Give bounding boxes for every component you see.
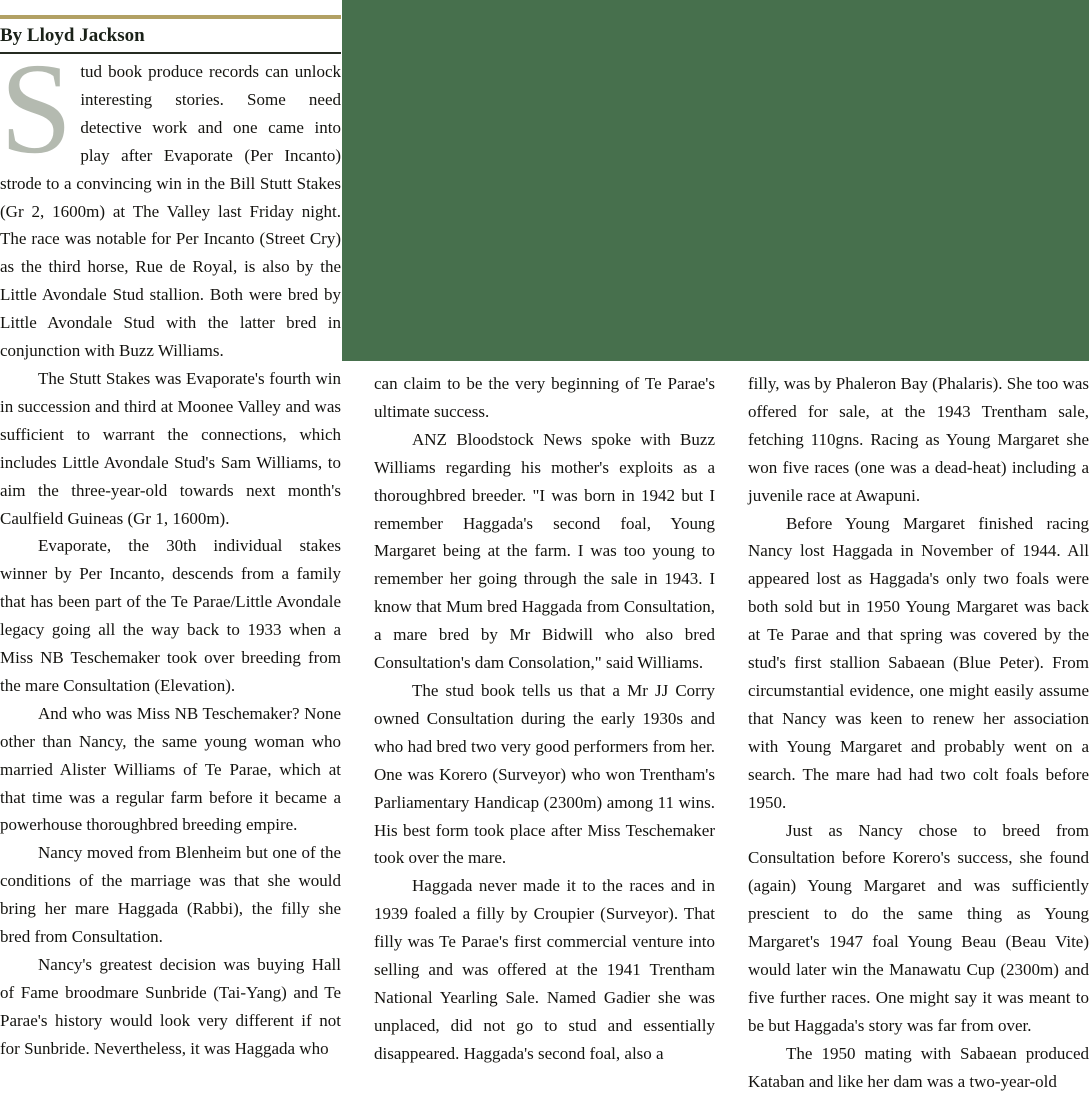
paragraph: Haggada never made it to the races and i… bbox=[374, 872, 715, 1067]
accent-rule bbox=[0, 15, 341, 19]
paragraph: Stud book produce records can unlock int… bbox=[0, 58, 341, 365]
paragraph: ANZ Bloodstock News spoke with Buzz Will… bbox=[374, 426, 715, 677]
paragraph: Nancy moved from Blenheim but one of the… bbox=[0, 839, 341, 951]
paragraph: Nancy's greatest decision was buying Hal… bbox=[0, 951, 341, 1063]
paragraph: The 1950 mating with Sabaean produced Ka… bbox=[748, 1040, 1089, 1094]
article-page: By Lloyd Jackson Stud book produce recor… bbox=[0, 0, 1089, 1094]
drop-cap: S bbox=[0, 64, 72, 166]
text-column-2: can claim to be the very beginning of Te… bbox=[374, 366, 715, 1068]
paragraph: can claim to be the very beginning of Te… bbox=[374, 370, 715, 426]
column-body: Stud book produce records can unlock int… bbox=[0, 58, 341, 1063]
text-column-1: By Lloyd Jackson Stud book produce recor… bbox=[0, 15, 341, 1063]
article-photo-block bbox=[342, 0, 1089, 361]
paragraph: Just as Nancy chose to breed from Consul… bbox=[748, 817, 1089, 1040]
text-column-3: filly, was by Phaleron Bay (Phalaris). S… bbox=[748, 366, 1089, 1094]
paragraph: The Stutt Stakes was Evaporate's fourth … bbox=[0, 365, 341, 532]
column-body: can claim to be the very beginning of Te… bbox=[374, 370, 715, 1068]
paragraph: filly, was by Phaleron Bay (Phalaris). S… bbox=[748, 370, 1089, 510]
paragraph: Before Young Margaret finished racing Na… bbox=[748, 510, 1089, 817]
paragraph: Evaporate, the 30th individual stakes wi… bbox=[0, 532, 341, 699]
byline: By Lloyd Jackson bbox=[0, 23, 341, 48]
paragraph: The stud book tells us that a Mr JJ Corr… bbox=[374, 677, 715, 872]
column-body: filly, was by Phaleron Bay (Phalaris). S… bbox=[748, 370, 1089, 1094]
paragraph: And who was Miss NB Teschemaker? None ot… bbox=[0, 700, 341, 840]
